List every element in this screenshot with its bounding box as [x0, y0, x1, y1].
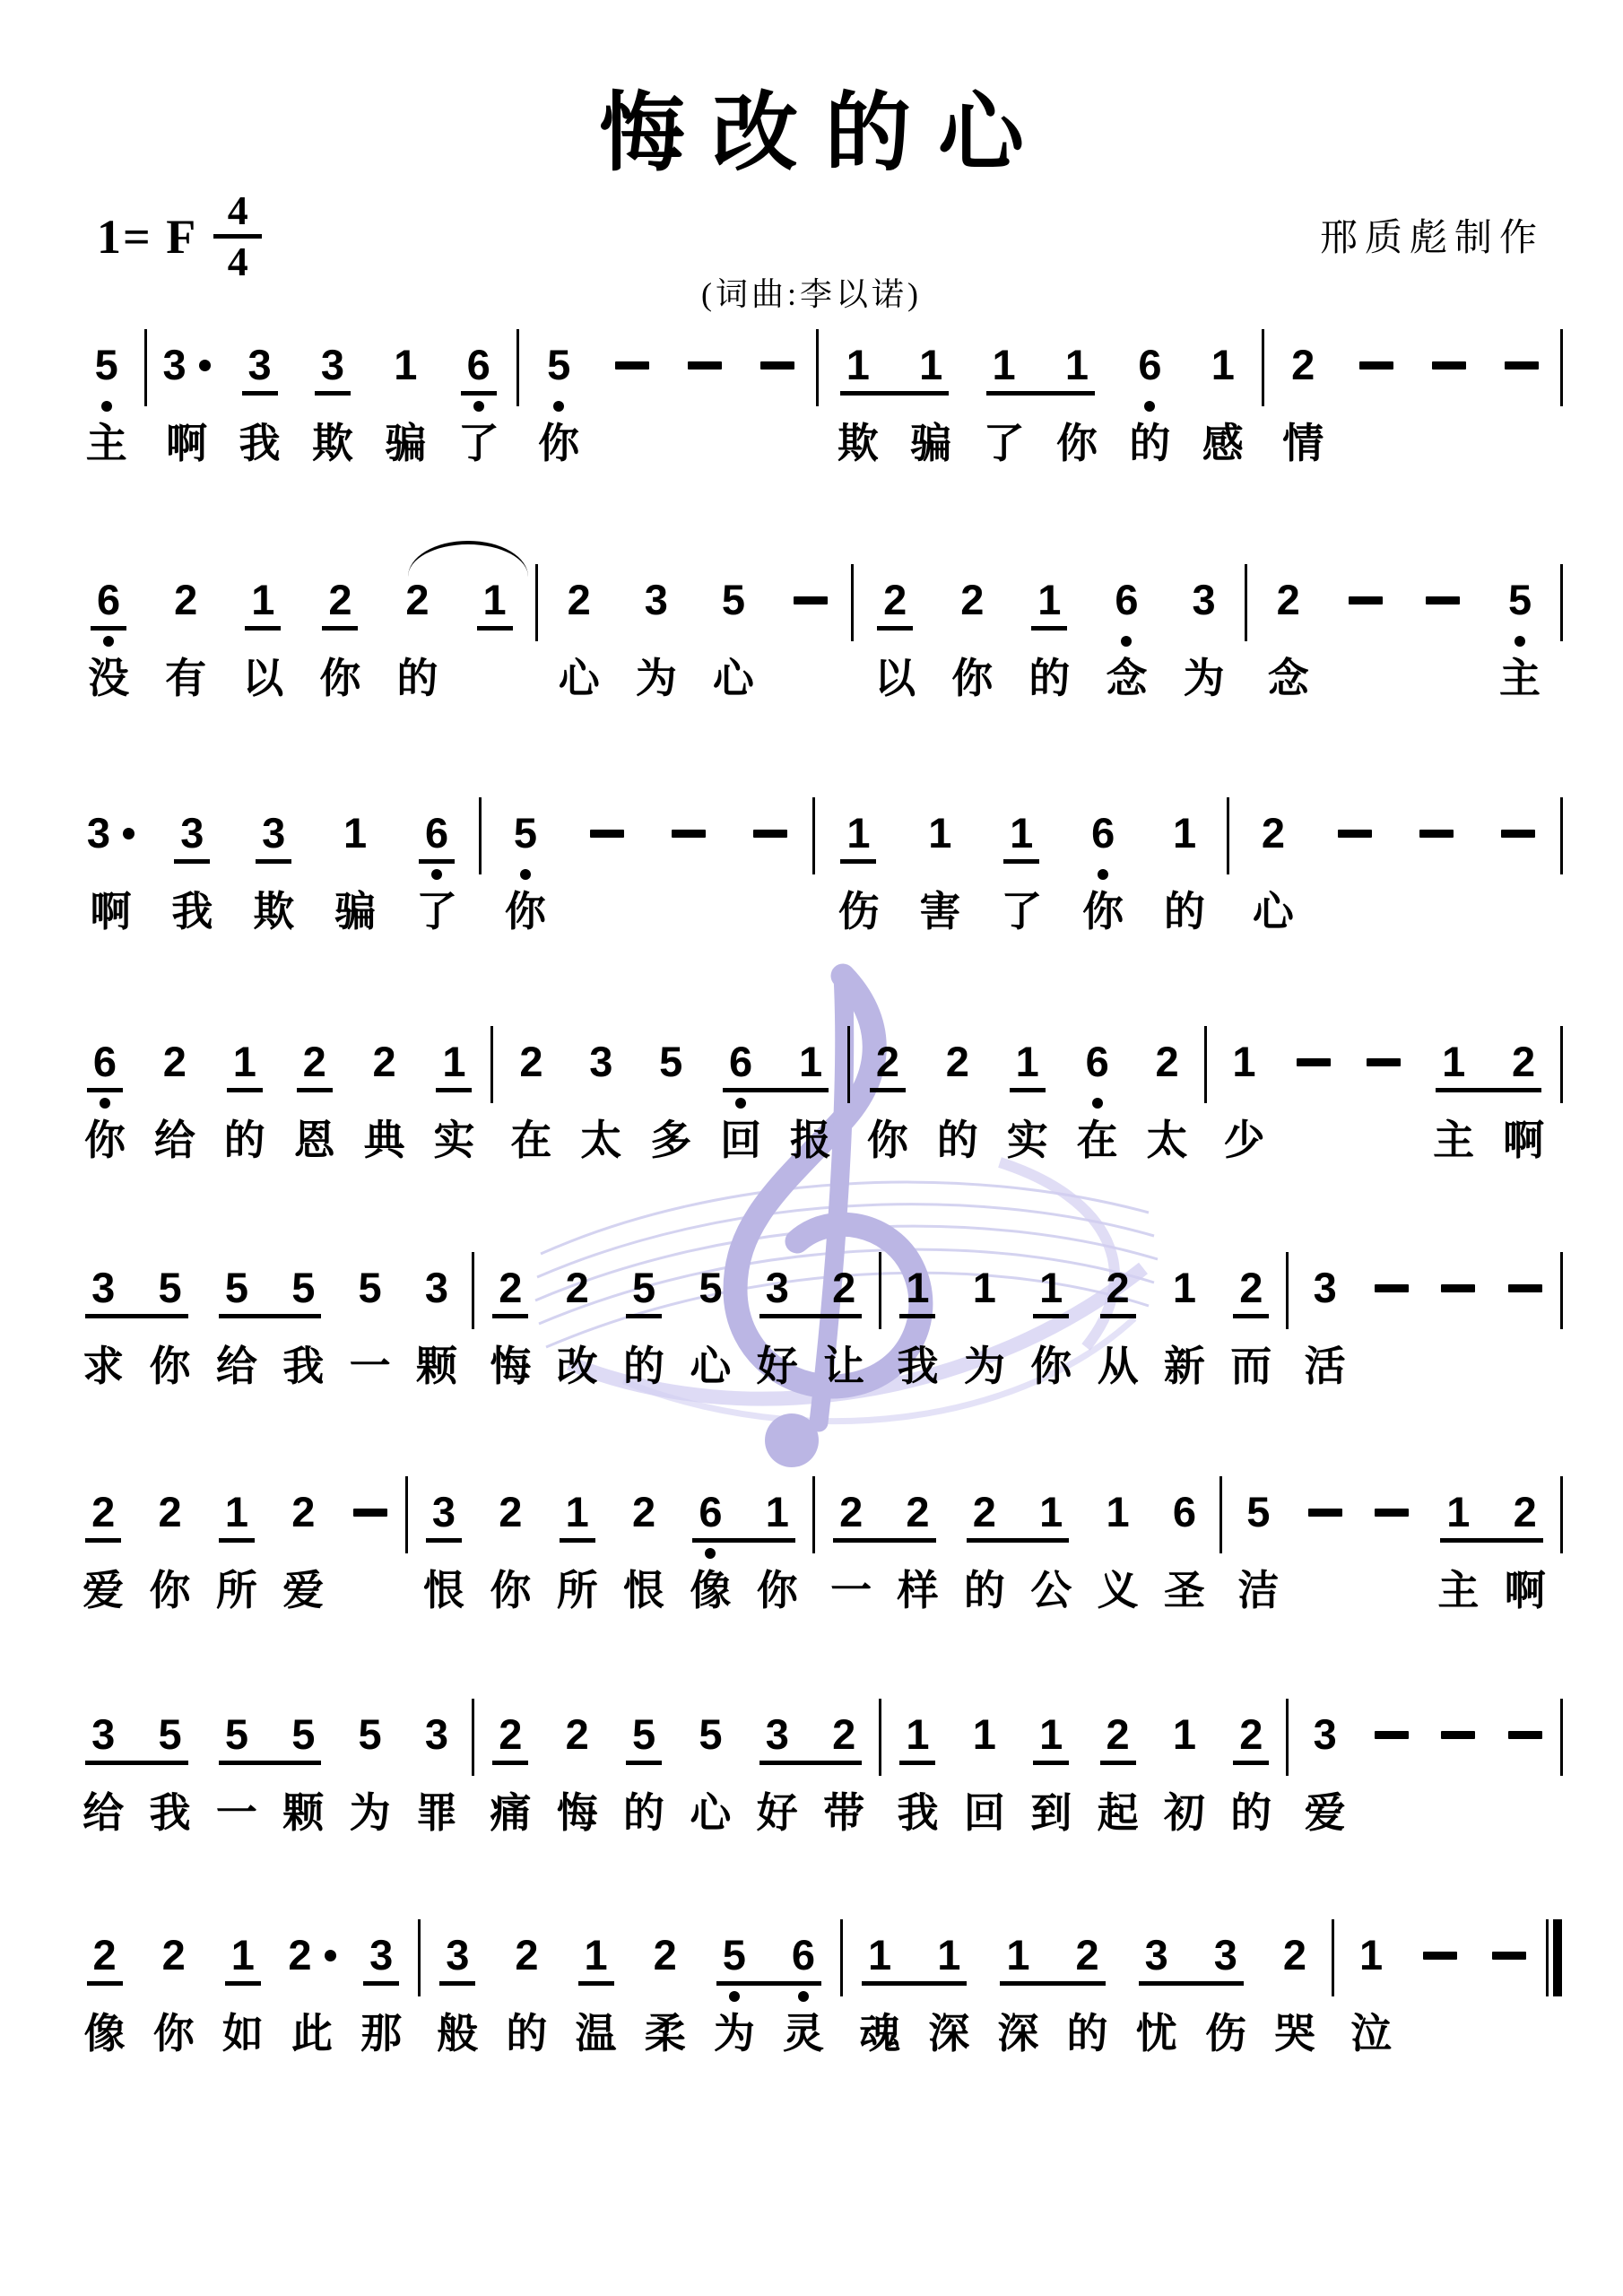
- lyric-syllable: 你: [1056, 421, 1098, 465]
- note-cell: 3颗: [404, 1266, 470, 1401]
- note-cell: 2恩: [280, 1040, 350, 1175]
- note-digit: 2: [839, 1491, 863, 1534]
- dash-extension: [1404, 578, 1481, 713]
- note-digit: 2: [499, 1713, 522, 1756]
- low-octave-dot: [103, 636, 114, 647]
- note-digit: 1: [799, 1040, 822, 1083]
- low-octave-dot: [520, 869, 531, 880]
- lyric-syllable: 爱: [282, 1568, 324, 1613]
- underline-beam: [1455, 1538, 1543, 1543]
- note-digit: 3: [1193, 578, 1216, 622]
- lyric-syllable: 有: [165, 656, 206, 700]
- note-digit: 2: [91, 1491, 115, 1534]
- note-digit: 6: [792, 1934, 815, 1977]
- note-digit: 3: [766, 1713, 789, 1756]
- key-tonic: 1= F: [97, 209, 197, 265]
- low-octave-dot: [1515, 636, 1525, 647]
- notation-line-6: 2爱2你1所2爱3恨2你1所2恨6像1你2一2样2的1公1义6圣5洁1主2啊: [70, 1491, 1566, 1634]
- note-cell: 2样: [884, 1491, 950, 1625]
- note-cell: 2让: [811, 1266, 877, 1401]
- note-cell: 3那: [347, 1934, 416, 2068]
- lyric-syllable: 起: [1098, 1790, 1139, 1835]
- lyric-syllable: 为: [964, 1344, 1005, 1388]
- note-cell: 3啊: [70, 812, 152, 946]
- lyric-syllable: 义: [1098, 1568, 1139, 1613]
- note-digit: 2: [1107, 1713, 1130, 1756]
- note-cell: 1初: [1151, 1713, 1218, 1848]
- note-digit: 1: [1173, 1266, 1196, 1309]
- note-cell: 2你: [301, 578, 378, 713]
- lyric-syllable: 在: [510, 1118, 551, 1162]
- note-cell: 5你: [136, 1266, 203, 1401]
- lyric-syllable: 样: [897, 1568, 938, 1613]
- note-digit: 2: [973, 1491, 996, 1534]
- note-cell: 5为: [699, 1934, 768, 2068]
- dash-icon: [1492, 1952, 1526, 1960]
- note-digit: 1: [993, 344, 1016, 387]
- notation-line-8: 2像2你1如2此3那3般2的1温2柔5为6灵1魂1深1深2的3忧3伤2哭1泣: [70, 1934, 1566, 2077]
- lyric-syllable: 在: [1077, 1118, 1118, 1162]
- underline-beam: [242, 391, 278, 396]
- note-cell: 2的: [378, 578, 456, 713]
- note-cell: 2有: [147, 578, 224, 713]
- note-digit: 5: [291, 1266, 315, 1309]
- lyric-syllable: 少: [1223, 1118, 1264, 1162]
- lyric-syllable: 太: [1147, 1118, 1188, 1162]
- note-cell: 2的: [923, 1040, 993, 1175]
- slur-arc: [408, 541, 527, 577]
- note-digit: 5: [632, 1266, 655, 1309]
- note-digit: 2: [946, 1040, 969, 1083]
- note-digit: 3: [1145, 1934, 1168, 1977]
- barline: [1218, 1491, 1225, 1625]
- lyric-syllable: 的: [1028, 656, 1070, 700]
- lyric-syllable: 为: [1184, 656, 1225, 700]
- lyric-syllable: 骗: [385, 421, 426, 465]
- note-cell: 6了: [442, 344, 515, 478]
- lyric-syllable: 的: [1164, 889, 1205, 934]
- lyric-syllable: 洁: [1237, 1568, 1279, 1613]
- note-digit: 6: [1173, 1491, 1196, 1534]
- note-digit: 5: [1246, 1491, 1270, 1534]
- dash-icon: [1505, 361, 1539, 370]
- dash-extension: [1358, 1713, 1425, 1848]
- dash-extension: [1425, 1266, 1491, 1401]
- note-digit: 2: [93, 1934, 117, 1977]
- lyric-syllable: 灵: [783, 2011, 824, 2056]
- note-digit: 1: [1173, 812, 1196, 855]
- note-digit: 5: [95, 344, 118, 387]
- note-cell: 6灵: [768, 1934, 838, 2068]
- note-cell: 2你: [136, 1491, 203, 1625]
- barline: [1260, 344, 1267, 478]
- lyric-syllable: 而: [1230, 1344, 1271, 1388]
- barline: [1558, 1491, 1566, 1625]
- lyric-syllable: 啊: [166, 421, 207, 465]
- note-digit: 1: [566, 1491, 589, 1534]
- lyric-syllable: 那: [360, 2011, 402, 2056]
- lyric-syllable: 带: [823, 1790, 864, 1835]
- note-cell: 3恨: [411, 1491, 477, 1625]
- barline: [1202, 1040, 1210, 1175]
- note-cell: 1了: [981, 812, 1063, 946]
- note-cell: 2哭: [1260, 1934, 1329, 2068]
- note-cell: 3活: [1291, 1266, 1358, 1401]
- underline-beam: [492, 1314, 528, 1318]
- note-digit: 3: [425, 1713, 448, 1756]
- note-digit: 1: [584, 1934, 607, 1977]
- lyric-syllable: 欺: [312, 421, 353, 465]
- lyric-syllable: 回: [964, 1790, 1005, 1835]
- dash-extension: [566, 812, 647, 946]
- note-digit: 1: [1037, 578, 1061, 622]
- underline-beam: [877, 626, 913, 631]
- note-cell: 3好: [744, 1266, 811, 1401]
- note-digit: 6: [1086, 1040, 1109, 1083]
- barline: [470, 1713, 477, 1848]
- underline-beam: [731, 1981, 821, 1986]
- note-digit: 1: [1173, 1713, 1196, 1756]
- time-numerator: 4: [228, 190, 248, 231]
- note-digit: 1: [1232, 1040, 1255, 1083]
- lyric-syllable: 为: [350, 1790, 391, 1835]
- note-cell: 2恨: [611, 1491, 677, 1625]
- notation-line-5: 3求5你5给5我5一3颗2悔2改5的5心3好2让1我1为1你2从1新2而3活: [70, 1266, 1566, 1410]
- lyric-syllable: 的: [396, 656, 438, 700]
- note-cell: 2啊: [1488, 1040, 1558, 1175]
- lyric-syllable: 念: [1106, 656, 1147, 700]
- note-digit: 1: [846, 812, 870, 855]
- note-cell: 1骗: [315, 812, 396, 946]
- lyric-syllable: 报: [790, 1118, 831, 1162]
- dash-icon: [1308, 1509, 1342, 1517]
- note-digit: 3: [180, 812, 204, 855]
- dash-extension: [1412, 344, 1485, 478]
- lyric-syllable: 般: [437, 2011, 478, 2056]
- barline: [1558, 1040, 1566, 1175]
- note-digit: 2: [163, 1040, 187, 1083]
- note-cell: 3欺: [296, 344, 369, 478]
- note-digit: 2: [291, 1491, 315, 1534]
- note-digit: 6: [425, 812, 448, 855]
- note-cell: 1: [456, 578, 534, 713]
- note-cell: 1主: [1425, 1491, 1491, 1625]
- lyric-syllable: 你: [153, 2011, 195, 2056]
- note-cell: 1感: [1186, 344, 1259, 478]
- note-cell: 2你: [477, 1491, 543, 1625]
- underline-beam: [233, 1761, 321, 1765]
- lyric-syllable: 的: [964, 1568, 1005, 1613]
- underline-beam: [439, 1981, 475, 1986]
- lyric-syllable: 悔: [490, 1344, 531, 1388]
- note-cell: 2带: [811, 1713, 877, 1848]
- note-cell: 1骗: [369, 344, 442, 478]
- note-cell: 1所: [544, 1491, 611, 1625]
- notation-line-2: 6没2有1以2你2的12心3为5心2以2你1的6念3为2念5主: [70, 578, 1566, 722]
- note-cell: 3欺: [233, 812, 315, 946]
- note-cell: 6在: [1063, 1040, 1133, 1175]
- note-digit: 3: [163, 344, 211, 387]
- note-cell: 5你: [522, 344, 595, 478]
- lyric-syllable: 了: [1001, 889, 1042, 934]
- note-cell: 5我: [136, 1713, 203, 1848]
- lyric-syllable: 新: [1164, 1344, 1205, 1388]
- note-cell: 2太: [1133, 1040, 1202, 1175]
- lyric-syllable: 温: [576, 2011, 617, 2056]
- note-digit: 5: [723, 1934, 746, 1977]
- note-digit: 2: [566, 1713, 589, 1756]
- note-cell: 2的: [1218, 1713, 1284, 1848]
- note-digit: 5: [1508, 578, 1532, 622]
- underline-beam: [899, 1314, 935, 1318]
- underline-beam: [1033, 1761, 1069, 1765]
- underline-beam: [981, 1538, 1069, 1543]
- note-digit: 3: [321, 344, 344, 387]
- low-octave-dot: [100, 1098, 110, 1109]
- note-digit: 2: [832, 1713, 855, 1756]
- underline-beam: [774, 1761, 862, 1765]
- underline-beam: [461, 391, 497, 396]
- lyric-syllable: 从: [1098, 1344, 1139, 1388]
- lyric-syllable: 的: [1067, 2011, 1108, 2056]
- note-digit: 5: [158, 1713, 181, 1756]
- lyric-syllable: 深: [997, 2011, 1038, 2056]
- lyric-syllable: 以: [874, 656, 916, 700]
- note-digit: 1: [846, 344, 870, 387]
- note-digit: 5: [699, 1713, 722, 1756]
- notation-line-3: 3啊3我3欺1骗6了5你1伤1害1了6你1的2心: [70, 812, 1566, 955]
- underline-beam: [578, 1981, 614, 1986]
- lyric-syllable: 骗: [910, 421, 951, 465]
- dash-icon: [1441, 1731, 1475, 1739]
- low-octave-dot: [705, 1548, 716, 1559]
- note-cell: 2你: [139, 1934, 208, 2068]
- underline-beam: [100, 1761, 187, 1765]
- note-digit: 5: [359, 1266, 382, 1309]
- lyric-syllable: 主: [86, 421, 127, 465]
- lyric-syllable: 主: [1437, 1568, 1479, 1613]
- note-digit: 1: [394, 344, 417, 387]
- note-cell: 3啊: [150, 344, 222, 478]
- note-digit: 2: [1262, 812, 1285, 855]
- note-digit: 1: [1107, 1491, 1130, 1534]
- lyric-syllable: 念: [1268, 656, 1309, 700]
- lyric-syllable: 你: [150, 1568, 191, 1613]
- note-cell: 3为: [1166, 578, 1243, 713]
- lyric-syllable: 所: [557, 1568, 598, 1613]
- note-digit: 1: [1010, 812, 1033, 855]
- note-digit: 2: [1239, 1713, 1263, 1756]
- note-cell: 6的: [1114, 344, 1186, 478]
- lyric-syllable: 你: [538, 421, 579, 465]
- lyric-syllable: 的: [1230, 1790, 1271, 1835]
- underline-beam: [426, 1538, 462, 1543]
- barline: [849, 578, 856, 713]
- lyric-syllable: 实: [1007, 1118, 1048, 1162]
- lyric-syllable: 为: [714, 2011, 755, 2056]
- note-digit: 3: [262, 812, 285, 855]
- note-digit: 1: [1039, 1266, 1063, 1309]
- note-digit: 2: [906, 1491, 929, 1534]
- note-cell: 1如: [208, 1934, 277, 2068]
- note-digit: 6: [1138, 344, 1161, 387]
- note-digit: 1: [919, 344, 942, 387]
- underline-beam: [899, 1761, 935, 1765]
- underline-beam: [847, 1538, 935, 1543]
- underline-beam: [492, 1761, 528, 1765]
- dash-extension: [1477, 812, 1558, 946]
- dash-extension: [772, 578, 849, 713]
- underline-beam: [1100, 1761, 1136, 1765]
- note-digit: 2: [1239, 1266, 1263, 1309]
- barline: [811, 812, 818, 946]
- underline-beam: [87, 1088, 123, 1092]
- lyric-syllable: 颗: [282, 1790, 324, 1835]
- note-cell: 1实: [420, 1040, 490, 1175]
- underline-beam: [1001, 391, 1095, 396]
- note-digit: 3: [432, 1491, 456, 1534]
- note-cell: 1温: [561, 1934, 630, 2068]
- note-digit: 2: [405, 578, 429, 622]
- note-digit: 6: [699, 1491, 722, 1534]
- note-digit: 2: [288, 1934, 335, 1977]
- underline-beam: [560, 1538, 595, 1543]
- lyric-syllable: 以: [242, 656, 283, 700]
- note-cell: 6圣: [1151, 1491, 1218, 1625]
- underline-beam: [100, 1314, 187, 1318]
- note-cell: 5心: [677, 1713, 743, 1848]
- underline-beam: [1015, 1981, 1106, 1986]
- note-cell: 2像: [70, 1934, 139, 2068]
- note-digit: 2: [373, 1040, 396, 1083]
- underline-beam: [876, 1981, 967, 1986]
- underline-beam: [174, 859, 210, 864]
- note-digit: 6: [97, 578, 120, 622]
- note-cell: 1魂: [846, 1934, 915, 2068]
- lyric-syllable: 恨: [423, 1568, 464, 1613]
- lyric-syllable: 伤: [838, 889, 879, 934]
- note-digit: 5: [225, 1266, 248, 1309]
- note-digit: 5: [632, 1713, 655, 1756]
- dash-extension: [1340, 344, 1412, 478]
- barline: [1330, 1934, 1337, 2068]
- note-cell: 5心: [677, 1266, 743, 1401]
- note-digit: 1: [1039, 1713, 1063, 1756]
- lyric-syllable: 给: [82, 1790, 124, 1835]
- underline-beam: [227, 1088, 263, 1092]
- lyric-syllable: 深: [928, 2011, 969, 2056]
- note-digit: 1: [906, 1266, 929, 1309]
- note-digit: 3: [369, 1934, 393, 1977]
- note-digit: 6: [93, 1040, 117, 1083]
- lyric-syllable: 爱: [1305, 1790, 1346, 1835]
- note-digit: 1: [937, 1934, 960, 1977]
- underline-beam: [855, 391, 949, 396]
- lyric-syllable: 此: [291, 2011, 333, 2056]
- note-digit: 1: [1211, 344, 1235, 387]
- barline: [515, 344, 522, 478]
- underline-beam: [1233, 1761, 1269, 1765]
- note-digit: 5: [699, 1266, 722, 1309]
- lyric-syllable: 恨: [623, 1568, 664, 1613]
- augmentation-dot: [123, 828, 135, 839]
- barline: [811, 1491, 818, 1625]
- lyric-syllable: 啊: [1505, 1568, 1546, 1613]
- note-cell: 2爱: [70, 1491, 136, 1625]
- note-cell: 1公: [1018, 1491, 1084, 1625]
- dash-extension: [668, 344, 741, 478]
- note-digit: 3: [766, 1266, 789, 1309]
- low-octave-dot: [729, 1991, 740, 2002]
- lyric-syllable: 心: [713, 656, 754, 700]
- lyric-syllable: 骗: [334, 889, 376, 934]
- dash-extension: [1279, 1040, 1349, 1175]
- underline-beam: [1003, 859, 1039, 864]
- note-cell: 2柔: [630, 1934, 699, 2068]
- low-octave-dot: [473, 401, 484, 412]
- note-digit: 5: [547, 344, 570, 387]
- lyric-syllable: 我: [150, 1790, 191, 1835]
- low-octave-dot: [101, 401, 112, 412]
- dash-extension: [1475, 1934, 1544, 2068]
- dash-icon: [353, 1509, 387, 1517]
- note-cell: 5的: [611, 1266, 677, 1401]
- dash-icon: [1349, 596, 1383, 604]
- note-digit: 1: [343, 812, 367, 855]
- note-digit: 1: [973, 1266, 996, 1309]
- note-digit: 1: [1065, 344, 1089, 387]
- dash-icon: [1367, 1058, 1401, 1066]
- note-cell: 1泣: [1337, 1934, 1406, 2068]
- underline-beam: [840, 859, 876, 864]
- note-cell: 2悔: [477, 1266, 543, 1401]
- note-digit: 2: [519, 1040, 542, 1083]
- note-digit: 3: [87, 812, 135, 855]
- note-digit: 2: [499, 1491, 522, 1534]
- low-octave-dot: [735, 1098, 746, 1109]
- note-cell: 1义: [1084, 1491, 1150, 1625]
- lyric-syllable: 心: [1253, 889, 1294, 934]
- lyric-syllable: 你: [757, 1568, 798, 1613]
- note-digit: 1: [251, 578, 274, 622]
- lyric-syllable: 像: [690, 1568, 731, 1613]
- barline: [1243, 578, 1250, 713]
- barline: [489, 1040, 496, 1175]
- underline-beam: [315, 391, 351, 396]
- note-cell: 1报: [776, 1040, 846, 1175]
- dash-extension: [595, 344, 668, 478]
- note-digit: 2: [568, 578, 591, 622]
- lyric-syllable: 的: [623, 1790, 664, 1835]
- lyric-syllable: 活: [1305, 1344, 1346, 1388]
- lyric-syllable: 心: [559, 656, 600, 700]
- note-cell: 1为: [951, 1266, 1018, 1401]
- underline-beam: [297, 1088, 333, 1092]
- dash-extension: [1492, 1266, 1558, 1401]
- note-cell: 1伤: [818, 812, 899, 946]
- dash-icon: [1419, 830, 1454, 838]
- lyric-syllable: 啊: [1503, 1118, 1544, 1162]
- lyric-syllable: 痛: [490, 1790, 531, 1835]
- note-cell: 3为: [618, 578, 695, 713]
- song-title: 悔改的心: [0, 65, 1623, 187]
- note-cell: 6回: [706, 1040, 776, 1175]
- note-digit: 3: [1214, 1934, 1237, 1977]
- note-cell: 2典: [350, 1040, 420, 1175]
- note-digit: 2: [876, 1040, 899, 1083]
- underline-beam: [419, 859, 455, 864]
- lyric-syllable: 恩: [294, 1118, 335, 1162]
